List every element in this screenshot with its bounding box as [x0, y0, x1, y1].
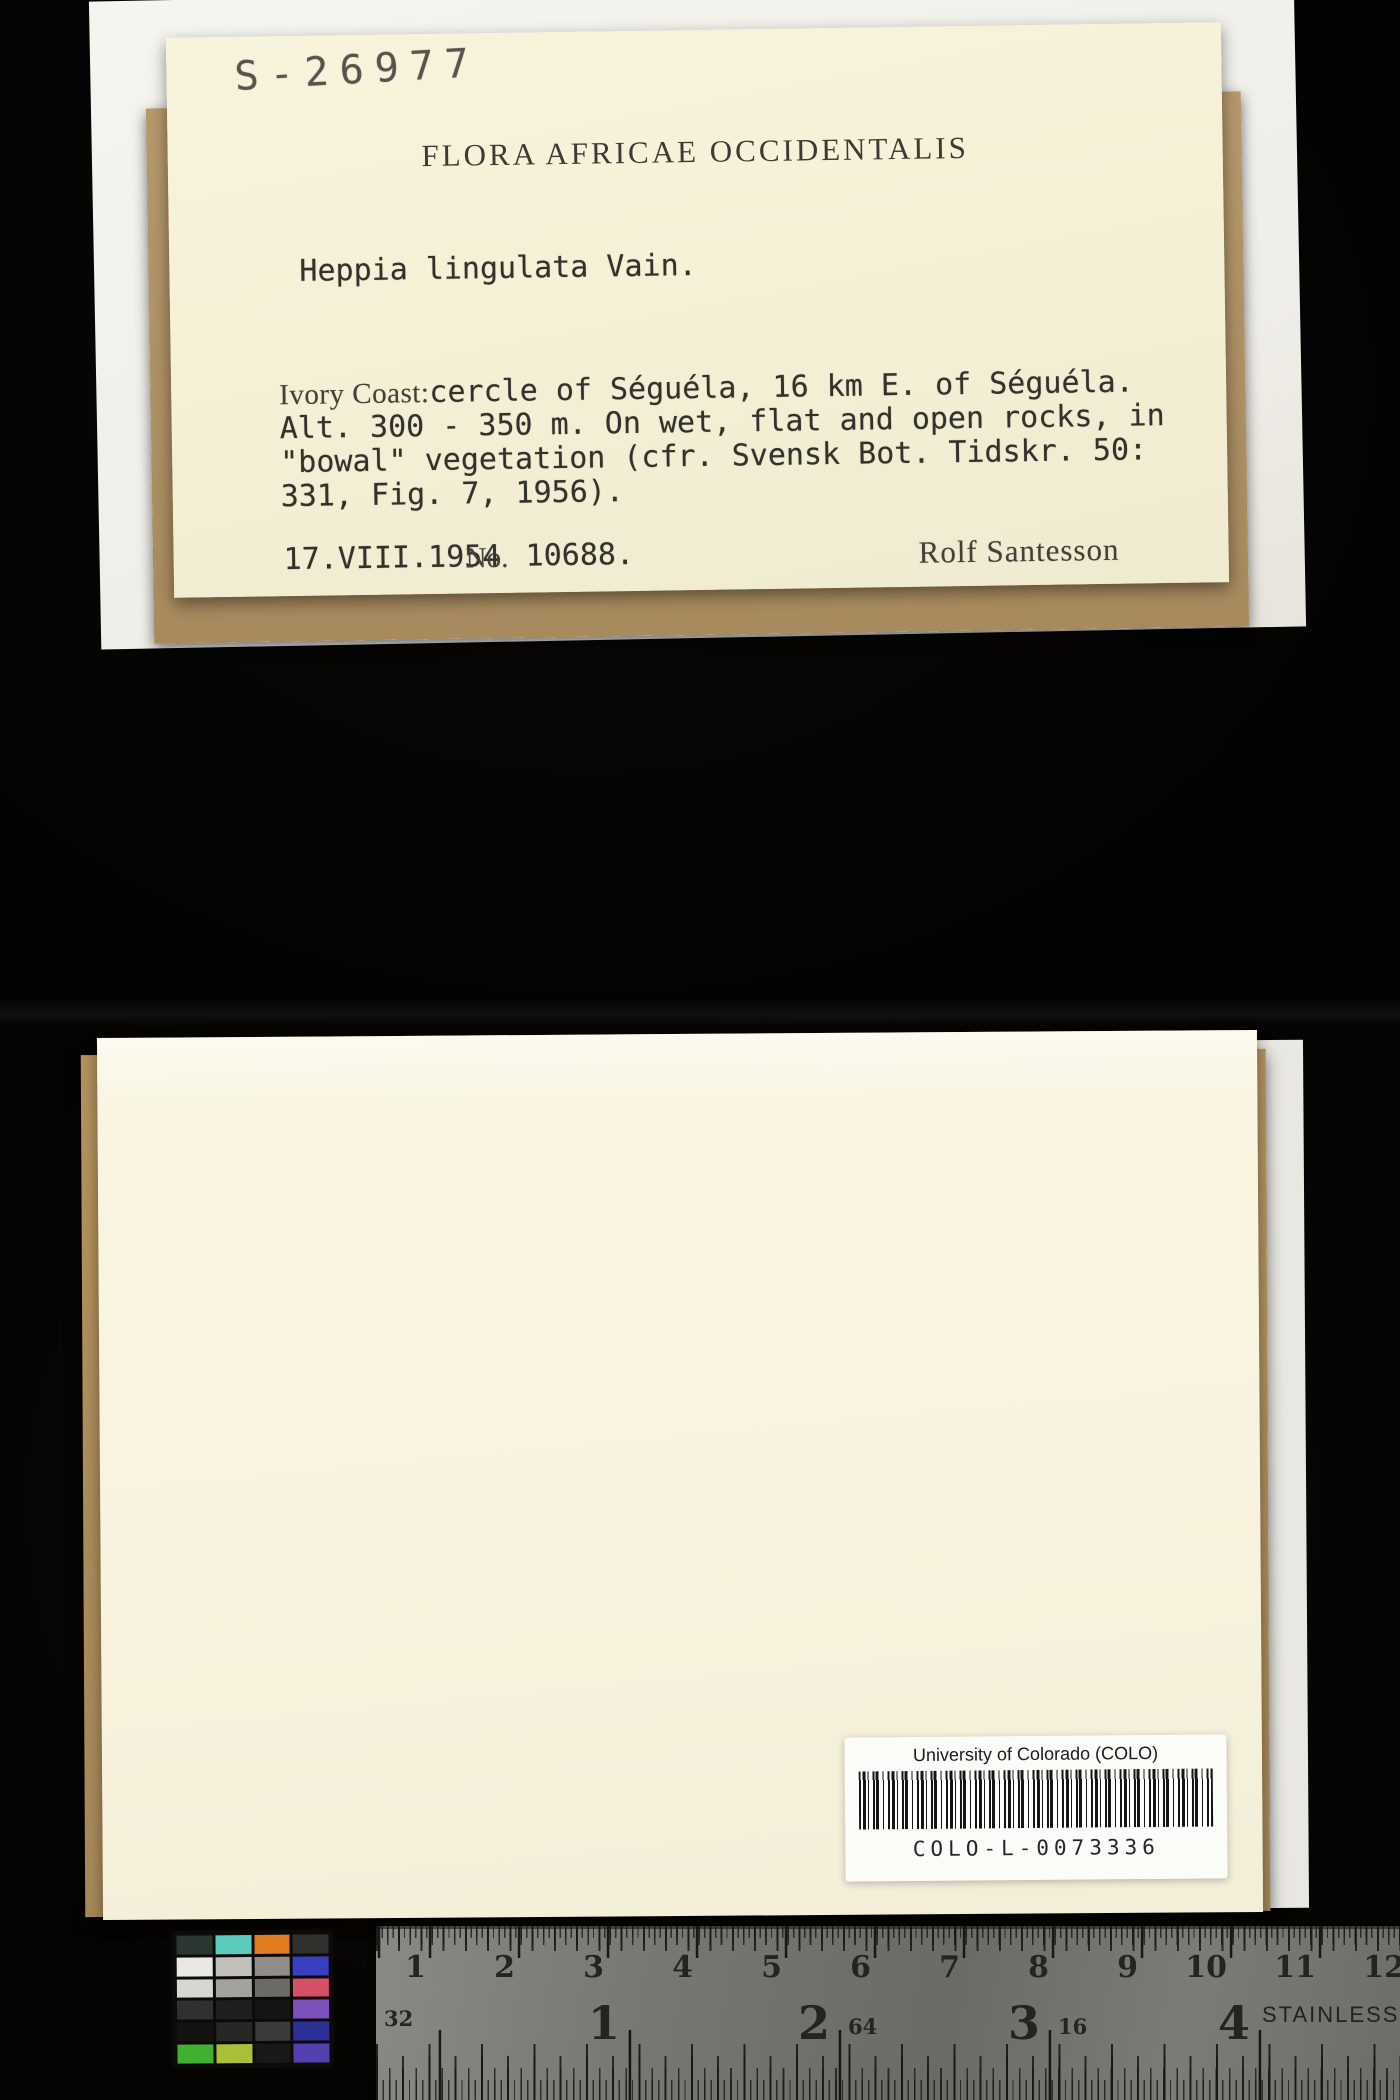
- accession-stamp: S-26977: [233, 40, 481, 100]
- locality-paragraph: Ivory Coast:cercle of Séguéla, 16 km E. …: [279, 365, 1166, 514]
- ruler-inch-number: 9: [1117, 1950, 1138, 1985]
- digitized-specimen-photo: S-26977 FLORA AFRICAE OCCIDENTALIS Heppi…: [0, 0, 1400, 2100]
- color-patch: [255, 2044, 291, 2063]
- ruler-fraction-label: 64: [848, 2014, 877, 2039]
- color-patch: [215, 1957, 251, 1976]
- color-patch: [216, 2022, 252, 2041]
- ruler-bottom-number: 3: [1008, 1996, 1040, 2050]
- barcode-number: COLO-L-0073336: [845, 1834, 1227, 1861]
- collector-name: Rolf Santesson: [918, 532, 1119, 571]
- color-calibration-target: [171, 1929, 334, 2068]
- specimen-label-card: S-26977 FLORA AFRICAE OCCIDENTALIS Heppi…: [166, 22, 1229, 598]
- color-patch: [254, 1957, 290, 1976]
- color-patch: [216, 1979, 252, 1998]
- color-patch: [177, 1979, 213, 1998]
- color-patch: [293, 1978, 329, 1997]
- color-patch: [215, 1935, 251, 1954]
- ruler-fraction-label: 16: [1058, 2014, 1087, 2039]
- color-patch: [177, 1957, 213, 1976]
- taxon-name: Heppia lingulata Vain.: [299, 248, 697, 289]
- color-patch: [254, 1935, 290, 1954]
- color-patch: [293, 2000, 329, 2019]
- ruler-inch-number: 3: [583, 1950, 604, 1985]
- country-prefix: Ivory Coast:: [279, 377, 430, 411]
- exsiccata-title: FLORA AFRICAE OCCIDENTALIS: [167, 126, 1222, 178]
- collection-number: 10688.: [525, 537, 634, 574]
- ruler-inch-number: 12: [1363, 1950, 1400, 1985]
- color-patch: [293, 1956, 329, 1975]
- color-patch: [254, 1978, 290, 1997]
- ruler-inch-number: 8: [1028, 1950, 1049, 1985]
- ruler-bottom-number: 4: [1218, 1996, 1250, 2050]
- color-patch: [293, 2022, 329, 2041]
- ruler-inch-number: 1: [405, 1950, 426, 1985]
- ruler: 32 STAINLESS STEEL 123456789101112 12643…: [376, 1926, 1400, 2100]
- color-patch: [293, 1934, 329, 1953]
- color-patch: [177, 2001, 213, 2020]
- ruler-inch-number: 6: [850, 1950, 871, 1985]
- ruler-inch-number: 7: [939, 1950, 960, 1985]
- color-patch: [255, 2000, 291, 2019]
- ruler-inch-number: 10: [1185, 1950, 1227, 1985]
- ruler-inch-number: 11: [1274, 1950, 1316, 1985]
- color-patch: [294, 2043, 330, 2062]
- color-patch: [255, 2022, 291, 2041]
- collection-dateline: 17.VIII.1954 No. 10688. Rolf Santesson: [173, 528, 1228, 584]
- ruler-inch-number: 5: [761, 1950, 782, 1985]
- ruler-scale-label: 32: [384, 2006, 413, 2031]
- barcode: [859, 1768, 1213, 1829]
- ruler-brand-text: STAINLESS STEEL: [1262, 2002, 1400, 2028]
- color-patch: [177, 2023, 213, 2042]
- card-top-highlight: [97, 1030, 1257, 1110]
- ruler-bottom-number: 1: [588, 1996, 620, 2050]
- barcode-label: University of Colorado (COLO) COLO-L-007…: [844, 1734, 1227, 1881]
- color-patch: [216, 2044, 252, 2063]
- color-patch: [177, 2045, 213, 2064]
- color-patch: [176, 1935, 212, 1954]
- color-patch: [216, 2000, 252, 2019]
- number-label: No.: [465, 542, 508, 576]
- ruler-ticks-top-inch: [376, 1926, 1400, 1958]
- ruler-bottom-number: 2: [798, 1996, 830, 2050]
- ruler-inch-number: 4: [672, 1950, 693, 1985]
- institution-name: University of Colorado (COLO): [844, 1742, 1226, 1766]
- photo-seam: [0, 1000, 1400, 1026]
- ruler-inch-number: 2: [494, 1950, 515, 1985]
